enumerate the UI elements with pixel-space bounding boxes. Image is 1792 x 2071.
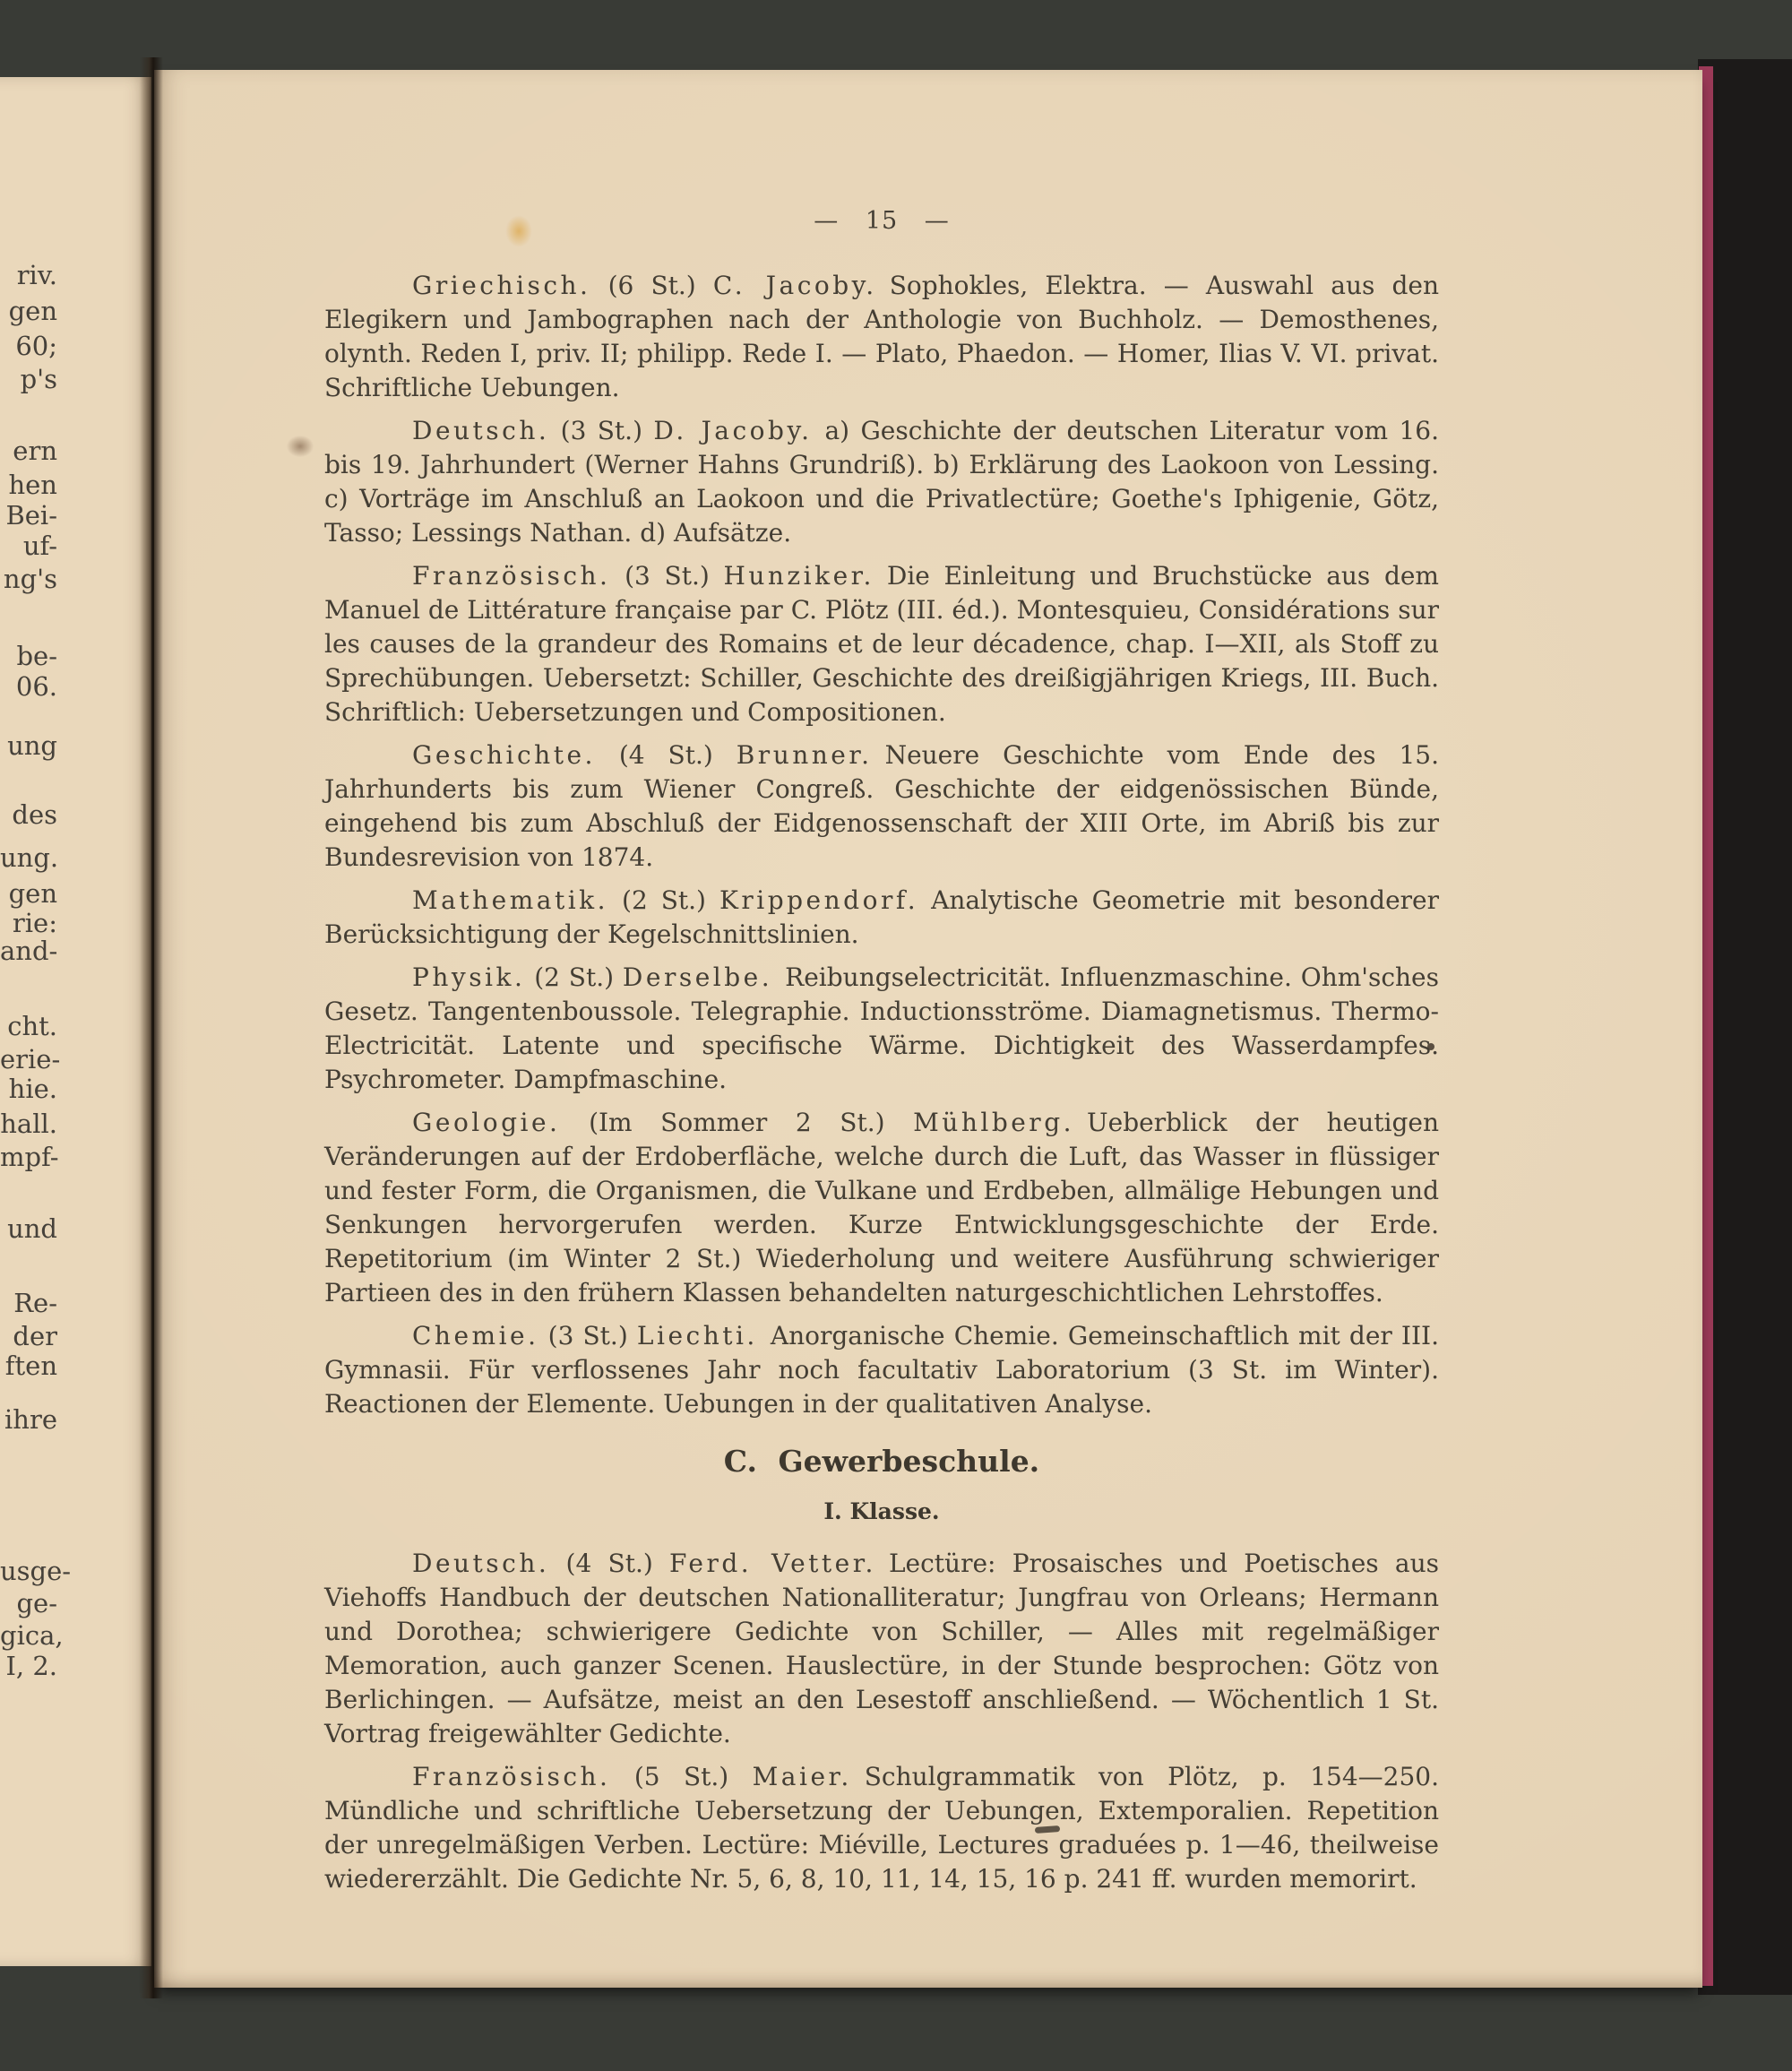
left-page-text-fragment: Bei- bbox=[0, 500, 57, 531]
course-hours: (5 St.) bbox=[634, 1762, 728, 1791]
left-page-text-fragment: des bbox=[0, 799, 57, 830]
course-hours: (4 St.) bbox=[619, 740, 713, 770]
left-page-text-fragment: ge- bbox=[0, 1588, 57, 1618]
left-page-text-fragment: gica, bbox=[0, 1620, 57, 1651]
course-subject: Mathematik. bbox=[412, 885, 608, 915]
left-page-text-fragment: Re- bbox=[0, 1288, 57, 1318]
left-page-text-fragment: hen bbox=[0, 470, 57, 500]
course-teacher: C. Jacoby. bbox=[713, 271, 877, 300]
left-page-text-fragment: erie- bbox=[0, 1044, 57, 1074]
course-entry: Mathematik. (2 St.) Krippendorf. Analyti… bbox=[324, 884, 1439, 952]
course-teacher: Hunziker. bbox=[723, 561, 874, 591]
course-teacher: Liechti. bbox=[637, 1321, 758, 1350]
course-description: Lectüre: Prosaisches und Poetisches aus … bbox=[324, 1549, 1439, 1748]
course-subject: Griechisch. bbox=[412, 271, 590, 300]
left-page-text-fragment: gen bbox=[0, 878, 57, 909]
course-hours: (2 St.) bbox=[622, 885, 706, 915]
course-entry: Geschichte. (4 St.) Brunner. Neuere Gesc… bbox=[324, 738, 1439, 875]
gewerbeschule-course-list: Deutsch. (4 St.) Ferd. Vetter. Lectüre: … bbox=[324, 1547, 1439, 1896]
left-page-text-fragment: cht. bbox=[0, 1011, 57, 1041]
course-entry: Griechisch. (6 St.) C. Jacoby. Sophokles… bbox=[324, 269, 1439, 405]
left-page-text-fragment: ften bbox=[0, 1350, 57, 1381]
left-page-text-fragment: ung bbox=[0, 730, 57, 761]
course-teacher: Derselbe. bbox=[623, 962, 772, 992]
gutter-shadow bbox=[140, 57, 163, 1998]
left-page-text-fragment: hall. bbox=[0, 1109, 57, 1139]
course-entry: Deutsch. (3 St.) D. Jacoby. a) Geschicht… bbox=[324, 414, 1439, 550]
left-page-text-fragment: I, 2. bbox=[0, 1651, 57, 1681]
left-page-text-fragment: ihre bbox=[0, 1404, 57, 1435]
course-entry: Chemie. (3 St.) Liechti. Anorganische Ch… bbox=[324, 1319, 1439, 1421]
course-hours: (3 St.) bbox=[625, 561, 710, 591]
course-entry: Deutsch. (4 St.) Ferd. Vetter. Lectüre: … bbox=[324, 1547, 1439, 1751]
course-hours: (4 St.) bbox=[566, 1549, 653, 1578]
left-page-text-fragment: riv. bbox=[0, 260, 57, 290]
course-subject: Französisch. bbox=[412, 561, 610, 591]
course-entry: Französisch. (3 St.) Hunziker. Die Einle… bbox=[324, 559, 1439, 729]
left-page-text-fragment: ern bbox=[0, 436, 57, 466]
left-page-text-fragment: und bbox=[0, 1213, 57, 1244]
text-column: — 15 — Griechisch. (6 St.) C. Jacoby. So… bbox=[324, 204, 1439, 1905]
course-subject: Physik. bbox=[412, 962, 525, 992]
course-teacher: Ferd. Vetter. bbox=[669, 1549, 876, 1578]
left-page-text-fragment: 06. bbox=[0, 671, 57, 702]
paper-smudge bbox=[287, 436, 314, 457]
left-page-edge: riv.gen60;p'sernhenBei-uf-ng'sbe-06.ungd… bbox=[0, 77, 151, 1966]
course-subject: Deutsch. bbox=[412, 416, 549, 445]
course-hours: (Im Sommer 2 St.) bbox=[589, 1108, 884, 1137]
course-subject: Französisch. bbox=[412, 1762, 610, 1791]
left-page-text-fragment: p's bbox=[0, 364, 57, 394]
course-teacher: D. Jacoby. bbox=[653, 416, 812, 445]
left-page-text-fragment: der bbox=[0, 1321, 57, 1351]
course-teacher: Maier. bbox=[753, 1762, 852, 1791]
course-entry: Physik. (2 St.) Derselbe. Reibungselectr… bbox=[324, 961, 1439, 1097]
course-hours: (3 St.) bbox=[561, 416, 642, 445]
left-page-text-fragment: hie. bbox=[0, 1074, 57, 1104]
gymnasium-course-list: Griechisch. (6 St.) C. Jacoby. Sophokles… bbox=[324, 269, 1439, 1421]
left-page-text-fragment: 60; bbox=[0, 331, 57, 361]
course-subject: Chemie. bbox=[412, 1321, 539, 1350]
course-hours: (2 St.) bbox=[534, 962, 614, 992]
section-subheading-klasse-1: I. Klasse. bbox=[324, 1495, 1439, 1529]
left-page-text-fragment: rie: bbox=[0, 908, 57, 938]
left-page-text-fragment: ung. bbox=[0, 842, 57, 873]
book-scan: riv.gen60;p'sernhenBei-uf-ng'sbe-06.ungd… bbox=[0, 0, 1792, 2071]
left-page-text-fragment: ng's bbox=[0, 564, 57, 594]
course-hours: (6 St.) bbox=[608, 271, 696, 300]
left-page-text-fragment: gen bbox=[0, 296, 57, 326]
course-subject: Geschichte. bbox=[412, 740, 596, 770]
course-entry: Französisch. (5 St.) Maier. Schulgrammat… bbox=[324, 1760, 1439, 1896]
left-page-text-fragment: and- bbox=[0, 936, 57, 966]
page: — 15 — Griechisch. (6 St.) C. Jacoby. So… bbox=[154, 70, 1702, 1988]
course-teacher: Krippendorf. bbox=[719, 885, 918, 915]
left-page-text-fragment: mpf- bbox=[0, 1142, 57, 1172]
course-description: Ueberblick der heutigen Veränderungen au… bbox=[324, 1108, 1439, 1307]
course-teacher: Mühlberg. bbox=[913, 1108, 1074, 1137]
section-heading-gewerbeschule: C. Gewerbeschule. bbox=[324, 1445, 1439, 1479]
course-subject: Geologie. bbox=[412, 1108, 560, 1137]
left-page-text-fragment: usge- bbox=[0, 1556, 57, 1586]
course-subject: Deutsch. bbox=[412, 1549, 549, 1578]
course-teacher: Brunner. bbox=[737, 740, 873, 770]
course-entry: Geologie. (Im Sommer 2 St.) Mühlberg. Ue… bbox=[324, 1106, 1439, 1310]
course-hours: (3 St.) bbox=[548, 1321, 628, 1350]
left-page-text-fragment: uf- bbox=[0, 531, 57, 561]
page-number: — 15 — bbox=[324, 204, 1439, 238]
left-page-text-fragment: be- bbox=[0, 641, 57, 671]
